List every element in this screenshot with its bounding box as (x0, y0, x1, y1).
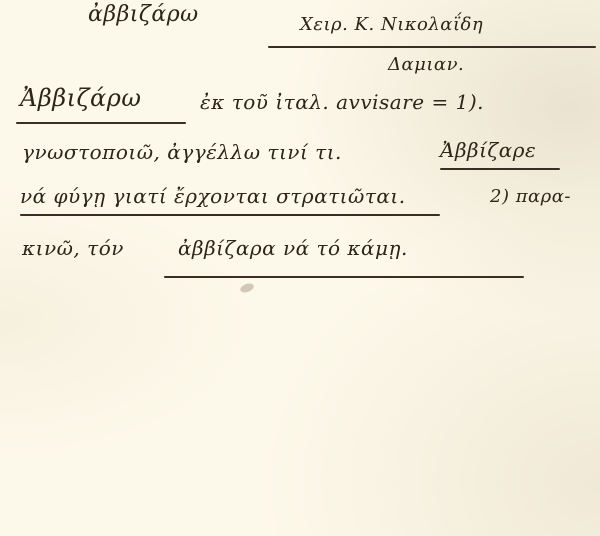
example-word-1: Ἀββίζαρε (440, 138, 536, 162)
entry-lemma: Ἀββιζάρω (20, 84, 141, 112)
definition-text-1: γνωστοποιῶ, ἀγγέλλω τινί τι. (22, 140, 342, 164)
example-sentence-2: ἀββίζαρα νά τό κάμῃ. (178, 236, 408, 260)
example-underline-2 (20, 214, 440, 216)
source-citation: Χειρ. Κ. Νικολαΐδη (300, 14, 483, 35)
source-underline (268, 46, 596, 48)
sense-2-marker: 2) παρα- (490, 186, 571, 207)
etymology-text: ἐκ τοῦ ἰταλ. avvisare = 1). (200, 90, 484, 114)
example-sentence-1: νά φύγῃ γιατί ἔρχονται στρατιῶται. (20, 184, 406, 208)
example-underline-3 (164, 276, 524, 278)
note-card: ἀββιζάρω Χειρ. Κ. Νικολαΐδη Δαμιαν. Ἀββι… (0, 0, 600, 536)
headword: ἀββιζάρω (88, 2, 199, 27)
ink-smudge (239, 282, 255, 294)
lemma-underline (16, 122, 186, 124)
definition-text-2: κινῶ, τόν (22, 236, 124, 260)
example-underline-1 (440, 168, 560, 170)
source-subtitle: Δαμιαν. (388, 54, 464, 75)
